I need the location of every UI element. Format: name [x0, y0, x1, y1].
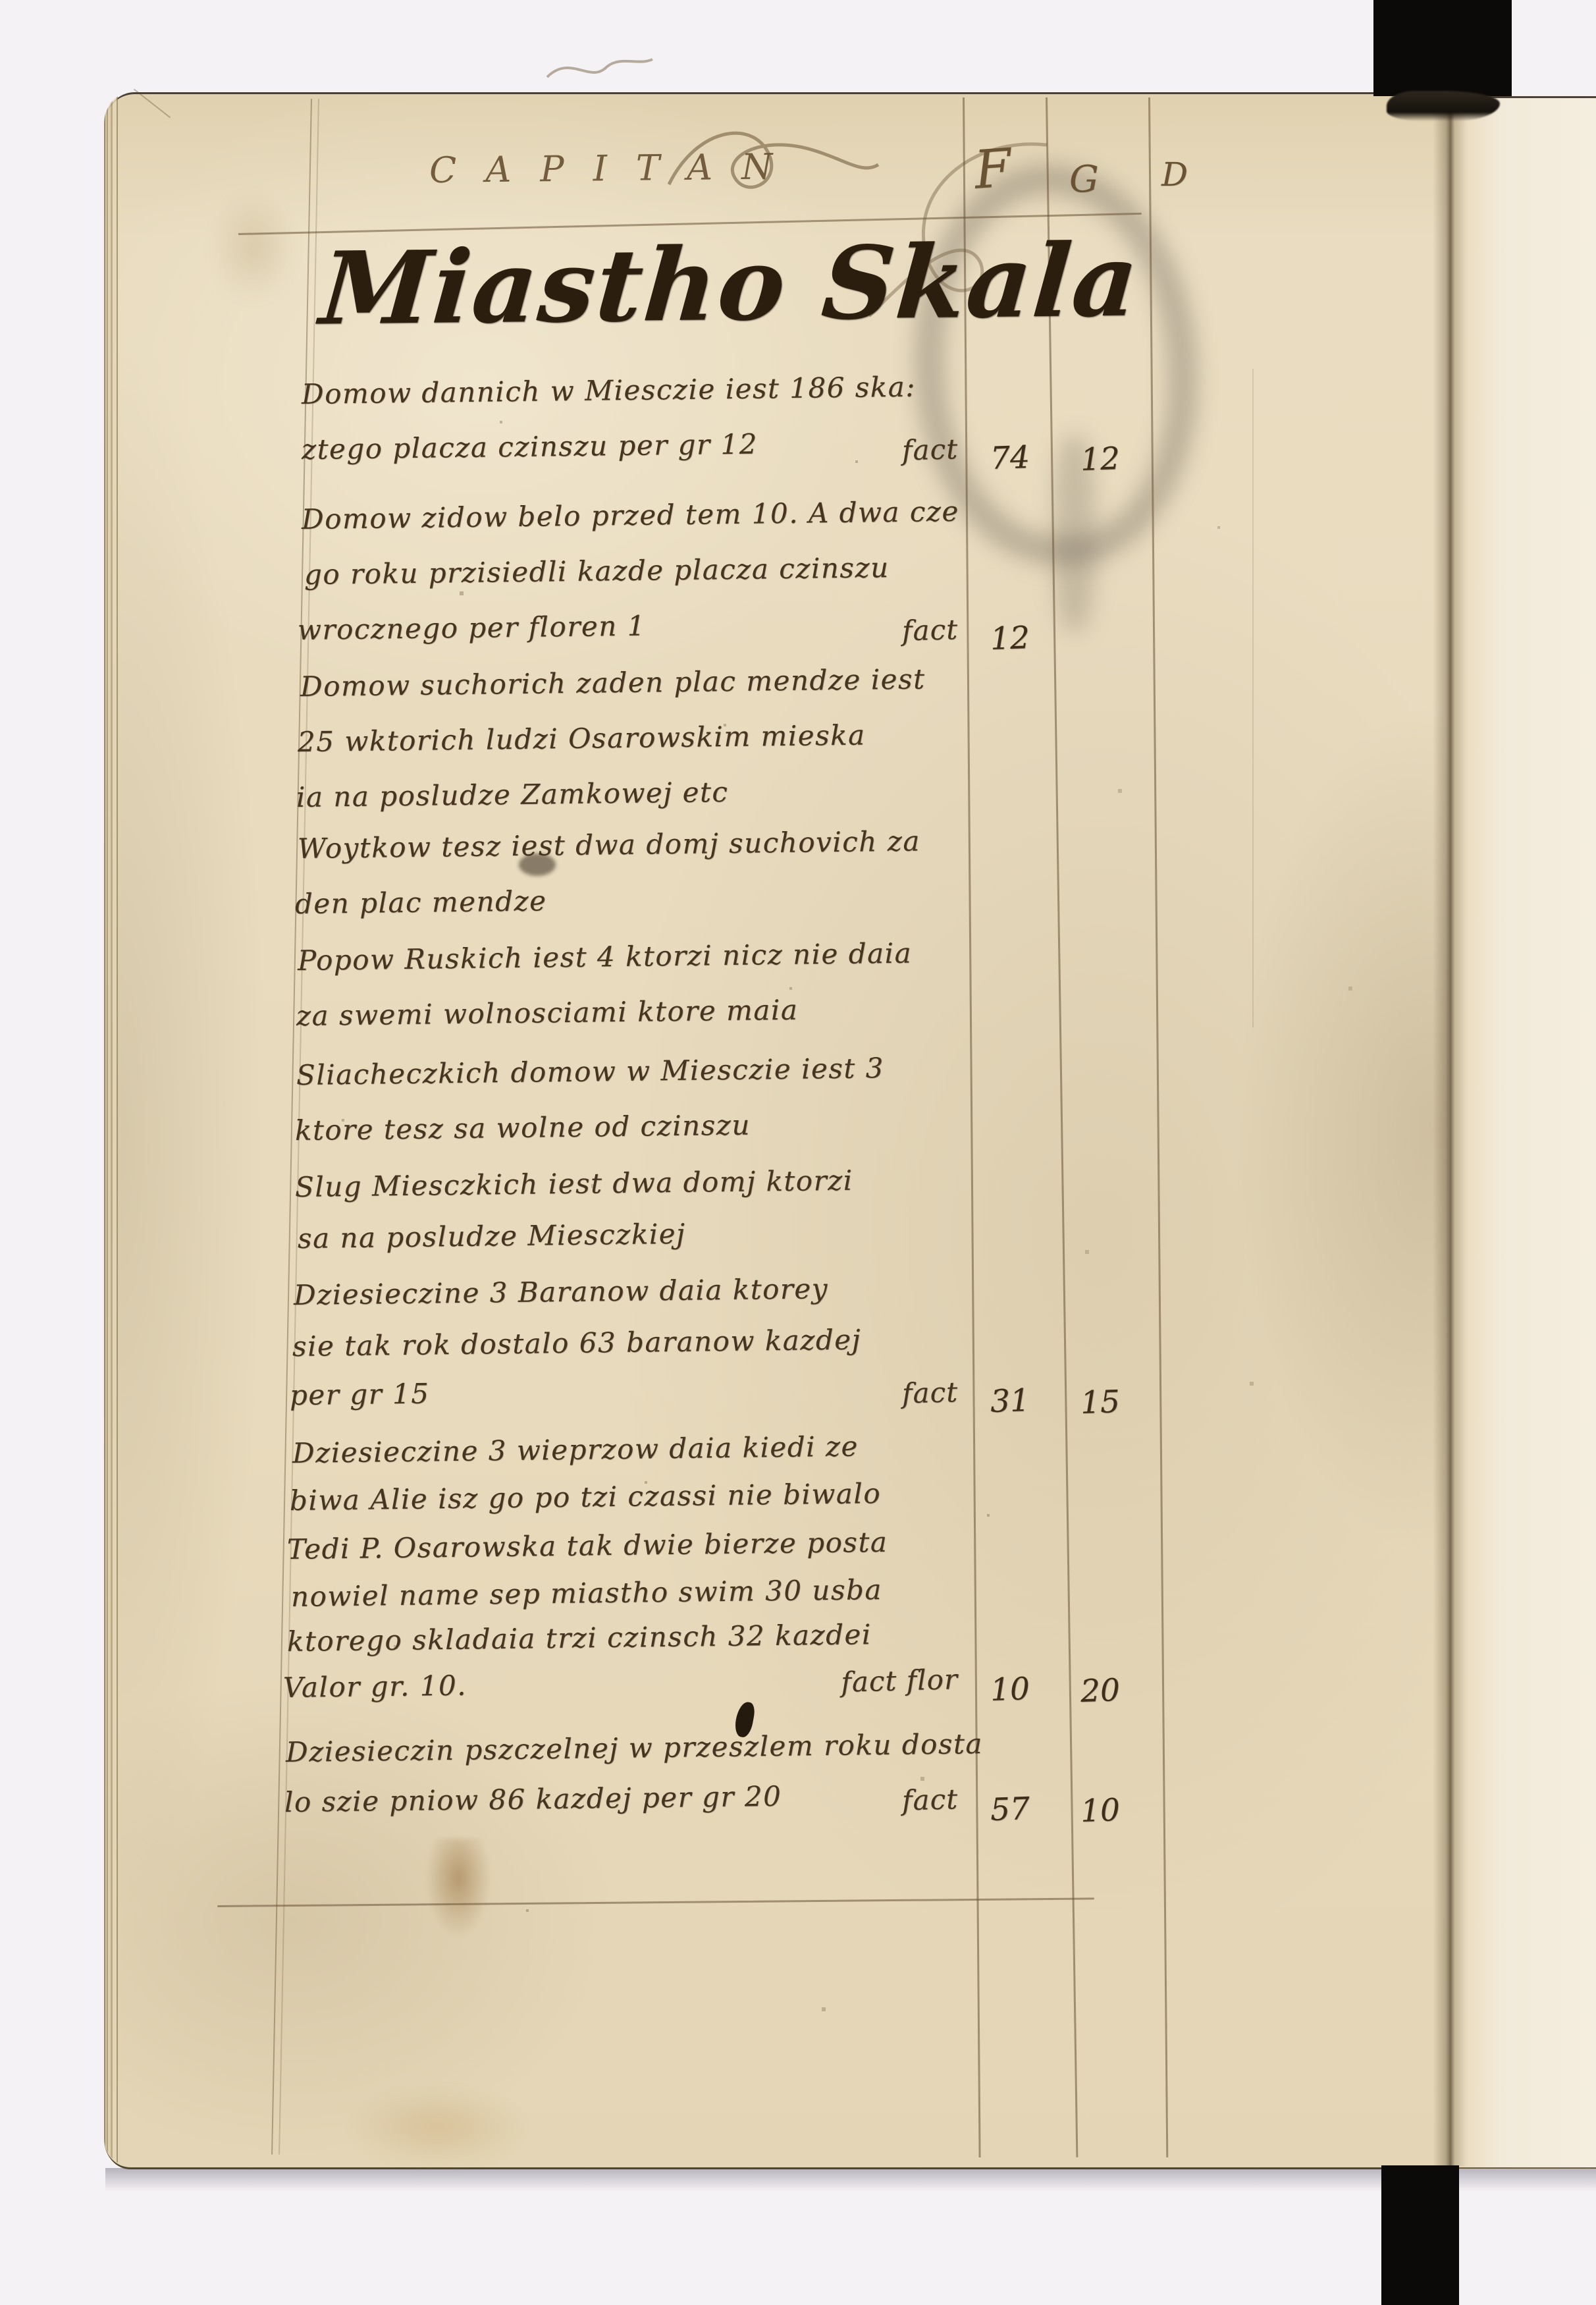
next-page-sliver [1449, 96, 1596, 2169]
fact-label: fact [816, 1376, 958, 1412]
entry-line: nowiel name sep miastho swim 30 usba [291, 1576, 882, 1611]
bookmark-ribbon-top [1373, 0, 1512, 96]
entry-line: Slug Miesczkich iest dwa domj ktorzi [295, 1167, 853, 1201]
entry-line: lo szie pniow 86 kazdej per gr 20 [284, 1783, 782, 1816]
paper-stain [211, 191, 296, 303]
entry-line: ktore tesz sa wolne od czinszu [295, 1112, 751, 1145]
value-g: 20 [1057, 1671, 1144, 1711]
entry-line: biwa Alie isz go po tzi czassi nie biwal… [290, 1480, 882, 1515]
entry-line: ztego placza czinszu per gr 12 [302, 431, 758, 464]
value-f: 12 [975, 619, 1045, 658]
entry-line: per gr 15 [290, 1380, 430, 1409]
entry-line: Dziesieczine 3 Baranow daia ktorey [294, 1275, 828, 1309]
paper-speckles [0, 0, 1, 1]
entry-line: wrocznego per floren 1 [298, 612, 646, 644]
paper-stain [425, 1839, 491, 1938]
value-f: 10 [975, 1670, 1045, 1709]
value-f: 57 [975, 1790, 1045, 1829]
bookmark-ribbon-frayed-tip [1387, 91, 1500, 121]
entry-line: Domow suchorich zaden plac mendze iest [300, 665, 926, 701]
fact-label: fact [816, 1783, 958, 1819]
entry-line: za swemi wolnosciami ktore maia [296, 996, 799, 1030]
page-title: Miastho Skala [317, 221, 1144, 348]
entry-line: Domow zidow belo przed tem 10. A dwa cze [302, 498, 959, 533]
entry-line: sa na posludze Miesczkiej [298, 1220, 686, 1253]
entry-line: Domow dannich w Miesczie iest 186 ska: [302, 373, 916, 408]
value-g: 10 [1057, 1791, 1144, 1831]
bookmark-ribbon-bottom [1381, 2165, 1459, 2305]
column-header-f: F [972, 137, 1013, 201]
entry-line: Dziesieczin pszczelnej w przeszlem roku … [286, 1730, 983, 1766]
entry-line: Popow Ruskich iest 4 ktorzi nicz nie dai… [298, 940, 913, 975]
entry-line: Tedi P. Osarowska tak dwie bierze posta [287, 1529, 888, 1563]
entry-line: Dziesieczine 3 wieprzow daia kiedi ze [292, 1432, 859, 1467]
paper-stain [349, 2088, 527, 2167]
fact-label: fact [816, 433, 958, 469]
fact-label: fact [816, 613, 958, 649]
value-g: 15 [1057, 1383, 1144, 1423]
ink-smudge [519, 854, 556, 876]
column-header-d: D [1161, 155, 1188, 194]
value-f: 74 [975, 439, 1045, 477]
entry-line: 25 wktorich ludzi Osarowskim mieska [298, 721, 866, 756]
entry-line: Sliacheczkich domow w Miesczie iest 3 [296, 1054, 884, 1089]
pen-flourish-icon [544, 47, 656, 94]
value-g: 12 [1057, 440, 1144, 479]
entry-line: Valor gr. 10. [283, 1672, 467, 1702]
chapter-heading: CAPITAN [429, 146, 802, 191]
page-bottom-shadow [105, 2168, 1596, 2192]
value-f: 31 [975, 1382, 1045, 1421]
gutter-crease [1433, 94, 1467, 2166]
entry-line: ktorego skladaia trzi czinsch 32 kazdei [287, 1621, 872, 1656]
entry-line: ia na posludze Zamkowej etc [296, 778, 729, 811]
entry-line: Woytkow tesz iest dwa domj suchovich za [298, 827, 920, 863]
entry-line: go roku przisiedli kazde placza czinszu [304, 554, 890, 589]
page-edge-stack [104, 92, 132, 2165]
column-header-g: G [1069, 158, 1099, 201]
entry-line: den plac mendze [295, 887, 547, 918]
entry-line: sie tak rok dostalo 63 baranow kazdej [292, 1326, 862, 1361]
fact-label: fact flor [816, 1663, 958, 1699]
paper-crease-line [1252, 369, 1254, 1027]
